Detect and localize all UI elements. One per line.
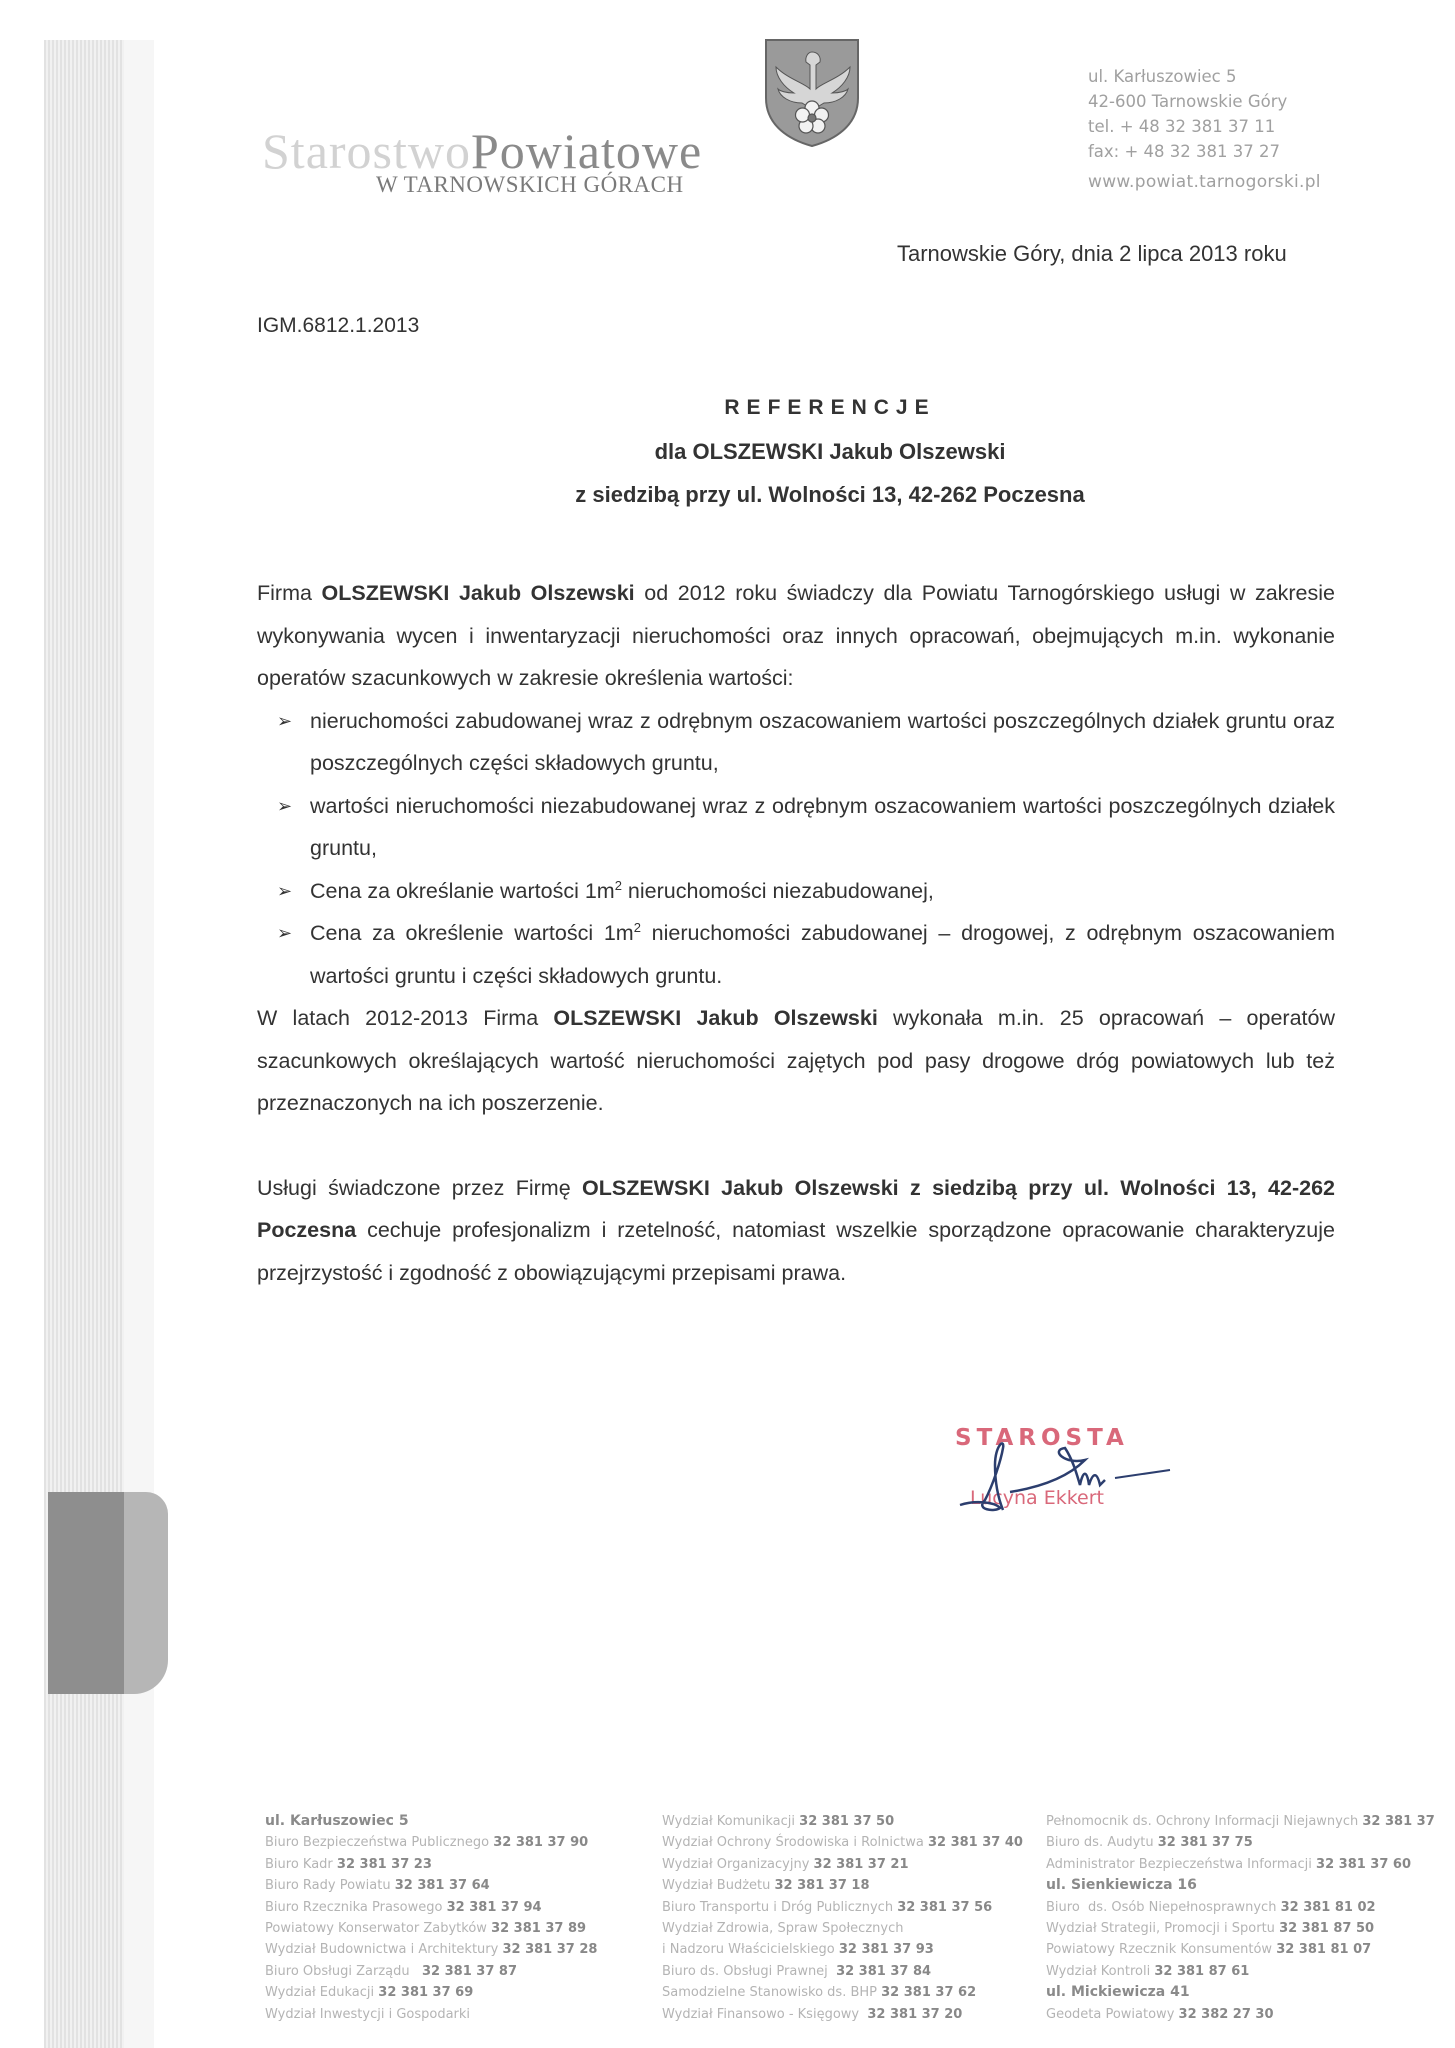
document-recipient-address: z siedzibą przy ul. Wolności 13, 42-262 … xyxy=(380,482,1280,508)
footer-department-row: Powiatowy Rzecznik Konsumentów 32 381 81… xyxy=(1046,1939,1435,1960)
department-name: Wydział Ochrony Środowiska i Rolnictwa xyxy=(662,1835,928,1850)
contact-street: ul. Karłuszowiec 5 xyxy=(1088,64,1321,89)
arrowhead-bullet-icon: ➢ xyxy=(277,912,292,955)
department-phone: 32 381 37 20 xyxy=(867,2007,962,2022)
place-and-date: Tarnowskie Góry, dnia 2 lipca 2013 roku xyxy=(897,241,1287,267)
services-list: ➢nieruchomości zabudowanej wraz z odrębn… xyxy=(257,700,1335,998)
stripe-highlight xyxy=(124,40,154,2048)
department-phone: 32 381 37 94 xyxy=(447,1900,542,1915)
department-phone: 32 381 81 02 xyxy=(1281,1900,1376,1915)
footer-department-row: Wydział Organizacyjny 32 381 37 21 xyxy=(662,1854,1023,1875)
footer-department-row: Wydział Ochrony Środowiska i Rolnictwa 3… xyxy=(662,1832,1023,1853)
footer-address-heading: ul. Karłuszowiec 5 xyxy=(265,1811,597,1832)
department-phone: 32 382 27 30 xyxy=(1179,2007,1274,2022)
department-name: Biuro ds. Audytu xyxy=(1046,1835,1158,1850)
department-name: Wydział Organizacyjny xyxy=(662,1857,814,1872)
contact-tel: tel. + 48 32 381 37 11 xyxy=(1088,114,1321,139)
department-phone: 32 381 81 07 xyxy=(1276,1942,1371,1957)
footer-department-row: Biuro ds. Obsługi Prawnej 32 381 37 84 xyxy=(662,1961,1023,1982)
department-name: Biuro Obsługi Zarządu xyxy=(265,1964,422,1979)
footer-department-row: Biuro Kadr 32 381 37 23 xyxy=(265,1854,597,1875)
list-item: ➢Cena za określanie wartości 1m2 nieruch… xyxy=(257,870,1335,913)
logo-word-powiatowe: Powiatowe xyxy=(471,123,702,179)
footer-department-row: Samodzielne Stanowisko ds. BHP 32 381 37… xyxy=(662,1982,1023,2003)
contact-city: 42-600 Tarnowskie Góry xyxy=(1088,89,1321,114)
footer-column-1: ul. Karłuszowiec 5Biuro Bezpieczeństwa P… xyxy=(265,1811,597,2025)
paragraph-intro: Firma OLSZEWSKI Jakub Olszewski od 2012 … xyxy=(257,572,1335,700)
footer-department-row: Wydział Inwestycji i Gospodarki xyxy=(265,2004,597,2025)
department-phone: 32 381 37 60 xyxy=(1316,1857,1411,1872)
department-name: Biuro ds. Osób Niepełnosprawnych xyxy=(1046,1900,1281,1915)
superscript: 2 xyxy=(615,877,622,892)
list-item-text: nieruchomości zabudowanej wraz z odrębny… xyxy=(310,709,1335,776)
footer-department-row: Wydział Finansowo - Księgowy 32 381 37 2… xyxy=(662,2004,1023,2025)
department-name: Wydział Finansowo - Księgowy xyxy=(662,2007,867,2022)
department-phone: 32 381 37 50 xyxy=(799,1814,894,1829)
footer-department-row: Wydział Komunikacji 32 381 37 50 xyxy=(662,1811,1023,1832)
list-item: ➢Cena za określenie wartości 1m2 nieruch… xyxy=(257,912,1335,997)
footer-department-row: Biuro Rzecznika Prasowego 32 381 37 94 xyxy=(265,1897,597,1918)
footer-department-row: Biuro ds. Audytu 32 381 37 75 xyxy=(1046,1832,1435,1853)
department-phone: 32 381 37 21 xyxy=(814,1857,909,1872)
text: Usługi świadczone przez Firmę xyxy=(257,1176,582,1200)
list-item: ➢nieruchomości zabudowanej wraz z odrębn… xyxy=(257,700,1335,785)
department-name: Biuro Rady Powiatu xyxy=(265,1878,395,1893)
footer-department-row: Pełnomocnik ds. Ochrony Informacji Nieja… xyxy=(1046,1811,1435,1832)
company-name: OLSZEWSKI Jakub Olszewski xyxy=(553,1006,877,1030)
footer-department-row: Wydział Kontroli 32 381 87 61 xyxy=(1046,1961,1435,1982)
department-name: i Nadzoru Właścicielskiego xyxy=(662,1942,839,1957)
department-phone: 32 381 37 56 xyxy=(897,1900,992,1915)
footer-department-row: Wydział Edukacji 32 381 37 69 xyxy=(265,1982,597,2003)
department-phone: 32 381 87 61 xyxy=(1154,1964,1249,1979)
department-phone: 32 381 37 87 xyxy=(422,1964,517,1979)
department-phone: 32 381 37 93 xyxy=(839,1942,934,1957)
department-phone: 32 381 37 40 xyxy=(928,1835,1023,1850)
footer-department-row: Biuro Transportu i Dróg Publicznych 32 3… xyxy=(662,1897,1023,1918)
department-phone: 32 381 37 89 xyxy=(491,1921,586,1936)
department-name: Pełnomocnik ds. Ochrony Informacji Nieja… xyxy=(1046,1814,1362,1829)
spacer xyxy=(257,1125,1335,1167)
department-name: Wydział Budownictwa i Architektury xyxy=(265,1942,502,1957)
footer-department-row: i Nadzoru Właścicielskiego 32 381 37 93 xyxy=(662,1939,1023,1960)
reference-number: IGM.6812.1.2013 xyxy=(257,314,419,338)
department-phone: 32 381 37 69 xyxy=(378,1985,473,2000)
footer-department-row: Wydział Zdrowia, Spraw Społecznych xyxy=(662,1918,1023,1939)
paragraph-work-summary: W latach 2012-2013 Firma OLSZEWSKI Jakub… xyxy=(257,997,1335,1125)
footer-column-2: Wydział Komunikacji 32 381 37 50Wydział … xyxy=(662,1811,1023,2025)
department-name: Wydział Inwestycji i Gospodarki xyxy=(265,2007,470,2022)
handwritten-signature-icon xyxy=(955,1430,1195,1520)
footer-column-3: Pełnomocnik ds. Ochrony Informacji Nieja… xyxy=(1046,1811,1435,2025)
decorative-side-stripe xyxy=(44,40,154,2048)
footer-department-row: Wydział Budownictwa i Architektury 32 38… xyxy=(265,1939,597,1960)
department-phone: 32 381 37 23 xyxy=(337,1857,432,1872)
arrowhead-bullet-icon: ➢ xyxy=(277,700,292,743)
department-name: Biuro ds. Obsługi Prawnej xyxy=(662,1964,836,1979)
department-name: Samodzielne Stanowisko ds. BHP xyxy=(662,1985,881,2000)
document-title: REFERENCJE xyxy=(380,396,1280,420)
department-name: Wydział Komunikacji xyxy=(662,1814,799,1829)
footer-department-row: Wydział Strategii, Promocji i Sportu 32 … xyxy=(1046,1918,1435,1939)
department-name: Wydział Kontroli xyxy=(1046,1964,1154,1979)
arrowhead-bullet-icon: ➢ xyxy=(277,870,292,913)
arrowhead-bullet-icon: ➢ xyxy=(277,785,292,828)
department-name: Powiatowy Konserwator Zabytków xyxy=(265,1921,491,1936)
department-name: Biuro Transportu i Dróg Publicznych xyxy=(662,1900,897,1915)
footer-department-row: Geodeta Powiatowy 32 382 27 30 xyxy=(1046,2004,1435,2025)
company-name: OLSZEWSKI Jakub Olszewski xyxy=(322,581,635,605)
list-item-text: wartości nieruchomości niezabudowanej wr… xyxy=(310,794,1335,861)
paragraph-recommendation: Usługi świadczone przez Firmę OLSZEWSKI … xyxy=(257,1167,1335,1295)
letter-body: Firma OLSZEWSKI Jakub Olszewski od 2012 … xyxy=(257,572,1335,1294)
document-recipient: dla OLSZEWSKI Jakub Olszewski xyxy=(380,439,1280,465)
contact-website: www.powiat.tarnogorski.pl xyxy=(1088,170,1321,195)
footer-department-row: Biuro ds. Osób Niepełnosprawnych 32 381 … xyxy=(1046,1897,1435,1918)
footer-department-row: Biuro Bezpieczeństwa Publicznego 32 381 … xyxy=(265,1832,597,1853)
department-phone: 32 381 87 50 xyxy=(1279,1921,1374,1936)
footer-address-heading: ul. Sienkiewicza 16 xyxy=(1046,1875,1435,1896)
text: W latach 2012-2013 Firma xyxy=(257,1006,553,1030)
list-item-text: Cena za określenie wartości 1m xyxy=(310,921,634,945)
footer-department-row: Powiatowy Konserwator Zabytków 32 381 37… xyxy=(265,1918,597,1939)
list-item-text: Cena za określanie wartości 1m xyxy=(310,879,615,903)
department-phone: 32 381 37 18 xyxy=(775,1878,870,1893)
department-phone: 32 381 37 xyxy=(1362,1814,1434,1829)
department-name: Wydział Zdrowia, Spraw Społecznych xyxy=(662,1921,903,1936)
list-item-text: nieruchomości niezabudowanej, xyxy=(622,879,934,903)
department-name: Biuro Kadr xyxy=(265,1857,337,1872)
text: cechuje profesjonalizm i rzetelność, nat… xyxy=(257,1218,1335,1285)
department-name: Wydział Edukacji xyxy=(265,1985,378,2000)
department-name: Biuro Rzecznika Prasowego xyxy=(265,1900,447,1915)
logo-subtitle: W TARNOWSKICH GÓRACH xyxy=(376,172,684,198)
department-name: Powiatowy Rzecznik Konsumentów xyxy=(1046,1942,1276,1957)
department-name: Geodeta Powiatowy xyxy=(1046,2007,1179,2022)
department-name: Wydział Budżetu xyxy=(662,1878,775,1893)
office-contact-block: ul. Karłuszowiec 5 42-600 Tarnowskie Gór… xyxy=(1088,64,1321,195)
department-phone: 32 381 37 90 xyxy=(493,1835,588,1850)
department-name: Administrator Bezpieczeństwa Informacji xyxy=(1046,1857,1316,1872)
footer-department-row: Administrator Bezpieczeństwa Informacji … xyxy=(1046,1854,1435,1875)
department-name: Wydział Strategii, Promocji i Sportu xyxy=(1046,1921,1279,1936)
list-item: ➢wartości nieruchomości niezabudowanej w… xyxy=(257,785,1335,870)
footer-department-row: Biuro Obsługi Zarządu 32 381 37 87 xyxy=(265,1961,597,1982)
department-phone: 32 381 37 84 xyxy=(836,1964,931,1979)
department-phone: 32 381 37 62 xyxy=(881,1985,976,2000)
stripe-dark-tab-shadow xyxy=(124,1492,168,1694)
coat-of-arms-icon xyxy=(762,36,862,148)
department-phone: 32 381 37 28 xyxy=(502,1942,597,1957)
department-phone: 32 381 37 75 xyxy=(1158,1835,1253,1850)
department-name: Biuro Bezpieczeństwa Publicznego xyxy=(265,1835,493,1850)
footer-department-row: Biuro Rady Powiatu 32 381 37 64 xyxy=(265,1875,597,1896)
department-phone: 32 381 37 64 xyxy=(395,1878,490,1893)
footer-address-heading: ul. Mickiewicza 41 xyxy=(1046,1982,1435,2003)
logo-word-starostwo: Starostwo xyxy=(262,123,471,179)
footer-department-row: Wydział Budżetu 32 381 37 18 xyxy=(662,1875,1023,1896)
contact-fax: fax: + 48 32 381 37 27 xyxy=(1088,139,1321,164)
text: Firma xyxy=(257,581,322,605)
superscript: 2 xyxy=(634,920,641,935)
